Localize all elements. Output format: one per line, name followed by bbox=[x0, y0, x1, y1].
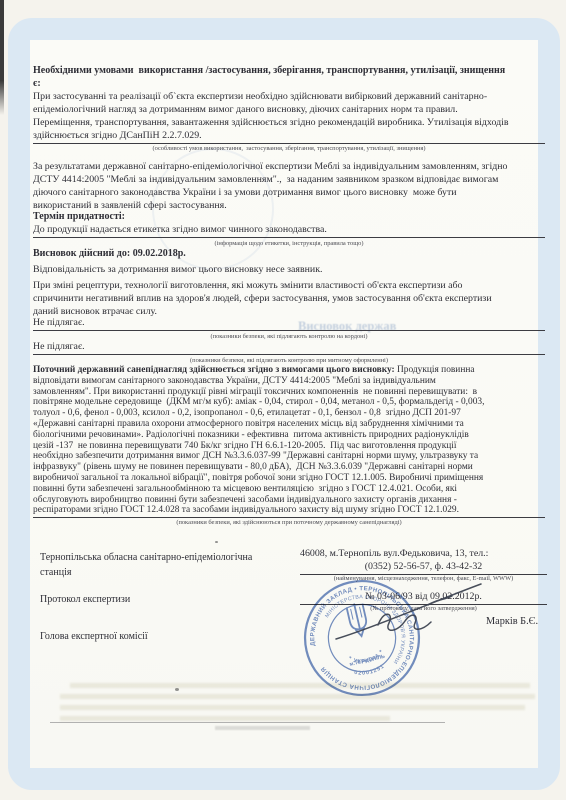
responsibility-statement: Відповідальність за дотримання вимог цьо… bbox=[33, 263, 545, 276]
expertise-result-paragraph: За результатами державної санітарно-епід… bbox=[33, 160, 545, 212]
bleedthrough-line bbox=[60, 716, 390, 721]
surveillance-body: відповідати вимогам санітарного законода… bbox=[33, 376, 484, 516]
bleedthrough-rule-caption bbox=[215, 726, 310, 730]
border-control-value: Не підлягає. bbox=[33, 316, 545, 331]
surveillance-caption: (показники безпеки, які здійснюються при… bbox=[33, 519, 545, 526]
bleedthrough-line bbox=[60, 705, 525, 710]
border-control-caption: (показники безпеки, які підлягають контр… bbox=[33, 333, 545, 340]
surveillance-lead-rest: Продукція повинна bbox=[395, 365, 475, 375]
recipe-change-clause: При зміні рецептури, технології виготовл… bbox=[33, 279, 545, 318]
chairman-name: Марків Б.Є. bbox=[486, 616, 538, 627]
bleedthrough-rule bbox=[50, 722, 445, 723]
customs-control-caption: (показники безпеки, які підлягають контр… bbox=[33, 357, 545, 364]
conditions-caption: (особливості умов використання, застосув… bbox=[33, 145, 545, 152]
bleedthrough-line bbox=[60, 694, 535, 699]
shelf-life-caption: (інформація щодо етикетки, інструкція, п… bbox=[33, 240, 545, 247]
surveillance-heading: Поточний державний санепіднагляд здійсню… bbox=[33, 365, 395, 375]
customs-control-value: Не підлягає. bbox=[33, 340, 545, 355]
shelf-life-value: До продукції надається етикетка згідно в… bbox=[33, 223, 545, 238]
validity-statement: Висновок дійсний до: 09.02.2018р. bbox=[33, 247, 545, 260]
conditions-heading: Необхідними умовами використання /застос… bbox=[33, 64, 545, 90]
surveillance-paragraph: Поточний державний санепіднагляд здійсню… bbox=[33, 365, 545, 518]
shelf-life-heading: Термін придатності: bbox=[33, 210, 545, 223]
signature-icon bbox=[330, 576, 488, 648]
organization-address: 46008, м.Тернопіль вул.Федьковича, 13, т… bbox=[300, 547, 547, 560]
scanned-document-page: Висновок держав Необхідними умовами вико… bbox=[0, 0, 566, 800]
scan-speck bbox=[215, 541, 218, 543]
chairman-label: Голова експертної комісії bbox=[40, 629, 290, 644]
conditions-body: При застосуванні та реалізації об`єкта е… bbox=[33, 90, 545, 144]
bleedthrough-line bbox=[70, 683, 530, 688]
scan-edge-artifact bbox=[0, 0, 4, 115]
scan-speck bbox=[175, 688, 179, 691]
organization-name: Тернопільська обласна санітарно-епідеміо… bbox=[40, 550, 290, 580]
organization-phone: (0352) 52-56-57, ф. 43-42-32 bbox=[300, 560, 547, 575]
protocol-label: Протокол експертизи bbox=[40, 592, 290, 607]
